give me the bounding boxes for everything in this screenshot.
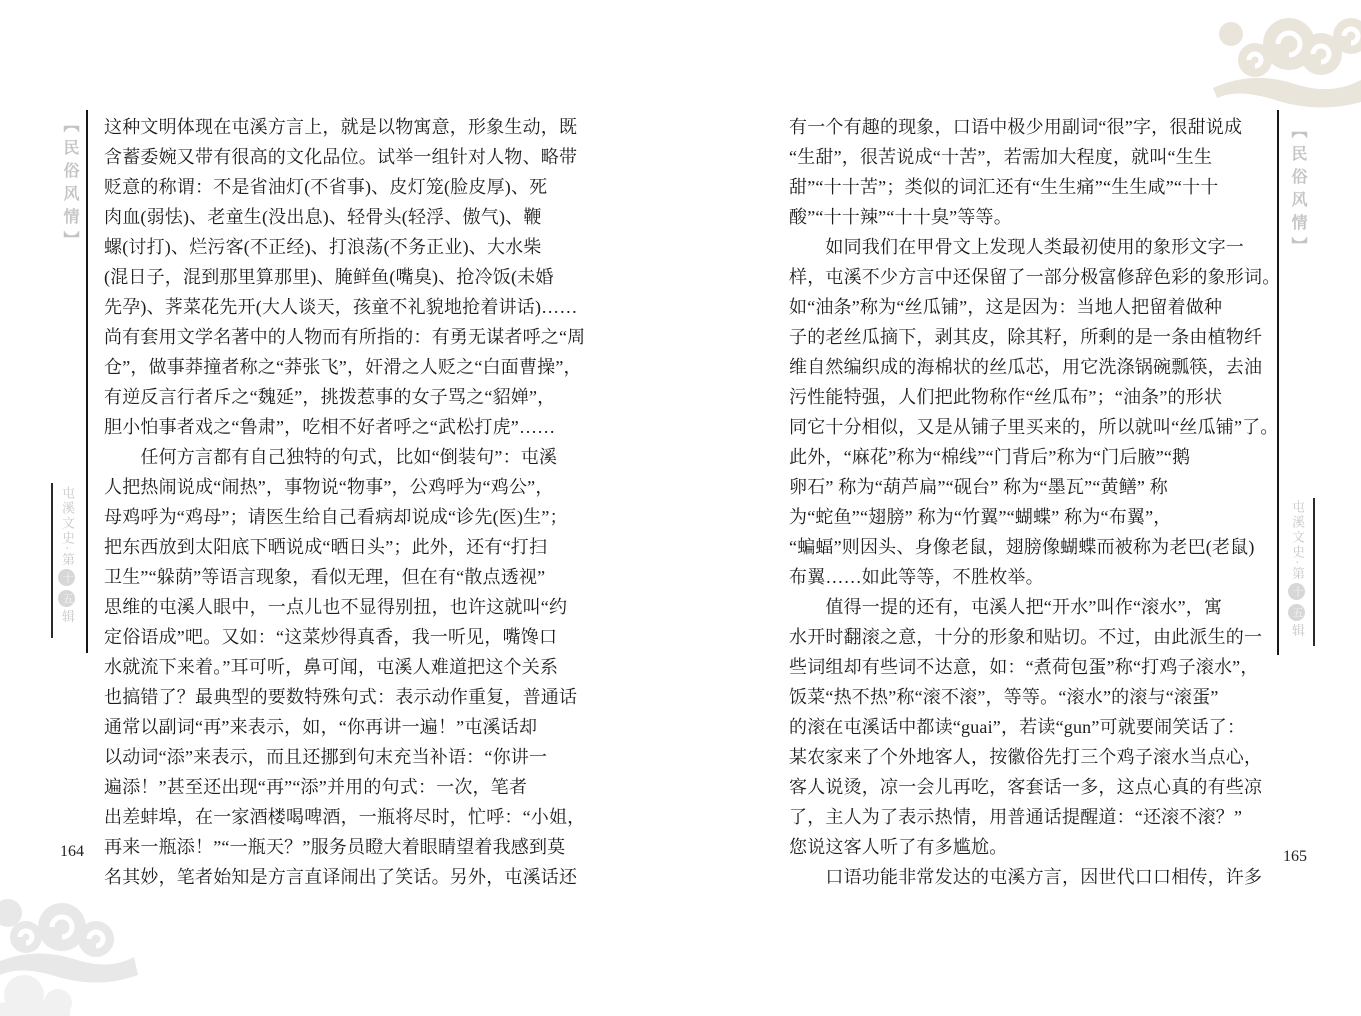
margin-rule-left	[86, 110, 88, 653]
text-line: 客人说烫，凉一会儿再吃，客套话一多，这点心真的有些凉	[789, 772, 1261, 802]
text-line: (混日子，混到那里算那里)、腌鲜鱼(嘴臭)、抢冷饭(未婚	[104, 262, 574, 292]
text-line: 水开时翻滚之意，十分的形象和贴切。不过，由此派生的一	[789, 622, 1261, 652]
series-prefix: 屯溪文史·第	[60, 486, 75, 567]
text-line: 甜”“十十苦”；类似的词汇还有“生生痛”“生生咸”“十十	[789, 172, 1261, 202]
text-line: 为“蛇鱼”“翅膀” 称为“竹翼”“蝴蝶” 称为“布翼”，	[789, 502, 1261, 532]
text-line: 贬意的称谓：不是省油灯(不省事)、皮灯笼(脸皮厚)、死	[104, 172, 574, 202]
text-line: 肉血(弱怯)、老童生(没出息)、轻骨头(轻浮、傲气)、鞭	[104, 202, 574, 232]
text-line: 卵石” 称为“葫芦扁”“砚台” 称为“墨瓦”“黄鳝” 称	[789, 472, 1261, 502]
text-line: 螺(讨打)、烂污客(不正经)、打浪荡(不务正业)、大水柴	[104, 232, 574, 262]
series-suffix: 辑	[1290, 623, 1305, 638]
category-label-left: 【民俗风情】	[58, 116, 81, 326]
text-line: 出差蚌埠，在一家酒楼喝啤酒，一瓶将尽时，忙呼：“小姐，	[104, 802, 574, 832]
series-rule-right	[1313, 498, 1315, 646]
circled-char-wu: 五	[58, 590, 75, 607]
cloud-ornament-bottom-left	[0, 891, 150, 1016]
text-line: 这种文明体现在屯溪方言上，就是以物寓意，形象生动，既	[104, 112, 574, 142]
text-line: 污性能特强，人们把此物称作“丝瓜布”；“油条”的形状	[789, 382, 1261, 412]
text-line: 酸”“十十辣”“十十臭”等等。	[789, 202, 1261, 232]
series-label-right: 屯溪文史·第十五辑	[1288, 500, 1307, 670]
text-line: 值得一提的还有，屯溪人把“开水”叫作“滚水”，寓	[789, 592, 1261, 622]
text-line: 布翼……如此等等，不胜枚举。	[789, 562, 1261, 592]
text-line: 子的老丝瓜摘下，剥其皮，除其籽，所剩的是一条由植物纤	[789, 322, 1261, 352]
text-line: 同它十分相似，又是从铺子里买来的，所以就叫“丝瓜铺”了。	[789, 412, 1261, 442]
text-line: 卫生”“躲荫”等语言现象，看似无理，但在有“散点透视”	[104, 562, 574, 592]
text-line: “蝙蝠”则因头、身像老鼠，翅膀像蝴蝶而被称为老巴(老鼠)	[789, 532, 1261, 562]
cloud-ornament-top-right	[1211, 10, 1361, 128]
text-line: 仓”，做事莽撞者称之“莽张飞”，奸滑之人贬之“白面曹操”，	[104, 352, 574, 382]
text-line: 水就流下来着。”耳可听，鼻可闻，屯溪人难道把这个关系	[104, 652, 574, 682]
text-line: 如“油条”称为“丝瓜铺”，这是因为：当地人把留着做种	[789, 292, 1261, 322]
margin-rule-right	[1277, 110, 1279, 655]
series-prefix: 屯溪文史·第	[1290, 500, 1305, 581]
circled-char-wu: 五	[1288, 604, 1305, 621]
text-line: 任何方言都有自己独特的句式，比如“倒装句”：屯溪	[104, 442, 574, 472]
series-suffix: 辑	[60, 609, 75, 624]
left-page-text: 这种文明体现在屯溪方言上，就是以物寓意，形象生动，既 含蓄委婉又带有很高的文化品…	[104, 112, 574, 892]
page-number-right: 165	[1283, 848, 1307, 866]
right-page-text: 有一个有趣的现象，口语中极少用副词“很”字，很甜说成 “生甜”，很苦说成“十苦”…	[789, 112, 1261, 892]
circled-char-shi: 十	[1288, 583, 1305, 600]
page-number-left: 164	[60, 843, 84, 861]
text-line: 遍添！”甚至还出现“再”“添”并用的句式：一次，笔者	[104, 772, 574, 802]
text-line: 有逆反言行者斥之“魏延”，挑拨惹事的女子骂之“貂婵”，	[104, 382, 574, 412]
text-line: 胆小怕事者戏之“鲁肃”，吃相不好者呼之“武松打虎”……	[104, 412, 574, 442]
text-line: 含蓄委婉又带有很高的文化品位。试举一组针对人物、略带	[104, 142, 574, 172]
text-line: 您说这客人听了有多尴尬。	[789, 832, 1261, 862]
text-line: 口语功能非常发达的屯溪方言，因世代口口相传，许多	[789, 862, 1261, 892]
text-line: “生甜”，很苦说成“十苦”，若需加大程度，就叫“生生	[789, 142, 1261, 172]
text-line: 人把热闹说成“闹热”，事物说“物事”，公鸡呼为“鸡公”，	[104, 472, 574, 502]
text-line: 通常以副词“再”来表示，如，“你再讲一遍！”屯溪话却	[104, 712, 574, 742]
circled-char-shi: 十	[58, 569, 75, 586]
text-line: 有一个有趣的现象，口语中极少用副词“很”字，很甜说成	[789, 112, 1261, 142]
text-line: 定俗语成”吧。又如：“这菜炒得真香，我一听见，嘴馋口	[104, 622, 574, 652]
text-line: 了，主人为了表示热情，用普通话提醒道：“还滚不滚？”	[789, 802, 1261, 832]
series-label-left: 屯溪文史·第十五辑	[58, 486, 77, 656]
text-line: 此外，“麻花”称为“棉线”“门背后”称为“门后腋”“鹅	[789, 442, 1261, 472]
text-line: 些词组却有些词不达意，如：“煮荷包蛋”称“打鸡子滚水”，	[789, 652, 1261, 682]
text-line: 样，屯溪不少方言中还保留了一部分极富修辞色彩的象形词。	[789, 262, 1261, 292]
text-line: 饭菜“热不热”称“滚不滚”，等等。“滚水”的滚与“滚蛋”	[789, 682, 1261, 712]
text-line: 的滚在屯溪话中都读“guai”，若读“gun”可就要闹笑话了：	[789, 712, 1261, 742]
text-line: 思维的屯溪人眼中，一点儿也不显得别扭，也许这就叫“约	[104, 592, 574, 622]
text-line: 如同我们在甲骨文上发现人类最初使用的象形文字一	[789, 232, 1261, 262]
text-line: 也搞错了？最典型的要数特殊句式：表示动作重复，普通话	[104, 682, 574, 712]
text-line: 先孕)、荠菜花先开(大人谈天，孩童不礼貌地抢着讲话)……	[104, 292, 574, 322]
text-line: 维自然编织成的海棉状的丝瓜芯，用它洗涤锅碗瓢筷，去油	[789, 352, 1261, 382]
text-line: 以动词“添”来表示，而且还挪到句末充当补语：“你讲一	[104, 742, 574, 772]
text-line: 尚有套用文学名著中的人物而有所指的：有勇无谋者呼之“周	[104, 322, 574, 352]
series-rule-left	[51, 483, 53, 638]
text-line: 母鸡呼为“鸡母”；请医生给自己看病却说成“诊先(医)生”；	[104, 502, 574, 532]
text-line: 把东西放到太阳底下晒说成“晒日头”；此外，还有“打扫	[104, 532, 574, 562]
text-line: 再来一瓶添！”“一瓶天？”服务员瞪大着眼睛望着我感到莫	[104, 832, 574, 862]
text-line: 名其妙，笔者始知是方言直译闹出了笑话。另外，屯溪话还	[104, 862, 574, 892]
text-line: 某农家来了个外地客人，按徽俗先打三个鸡子滚水当点心，	[789, 742, 1261, 772]
category-label-right: 【民俗风情】	[1286, 122, 1309, 332]
